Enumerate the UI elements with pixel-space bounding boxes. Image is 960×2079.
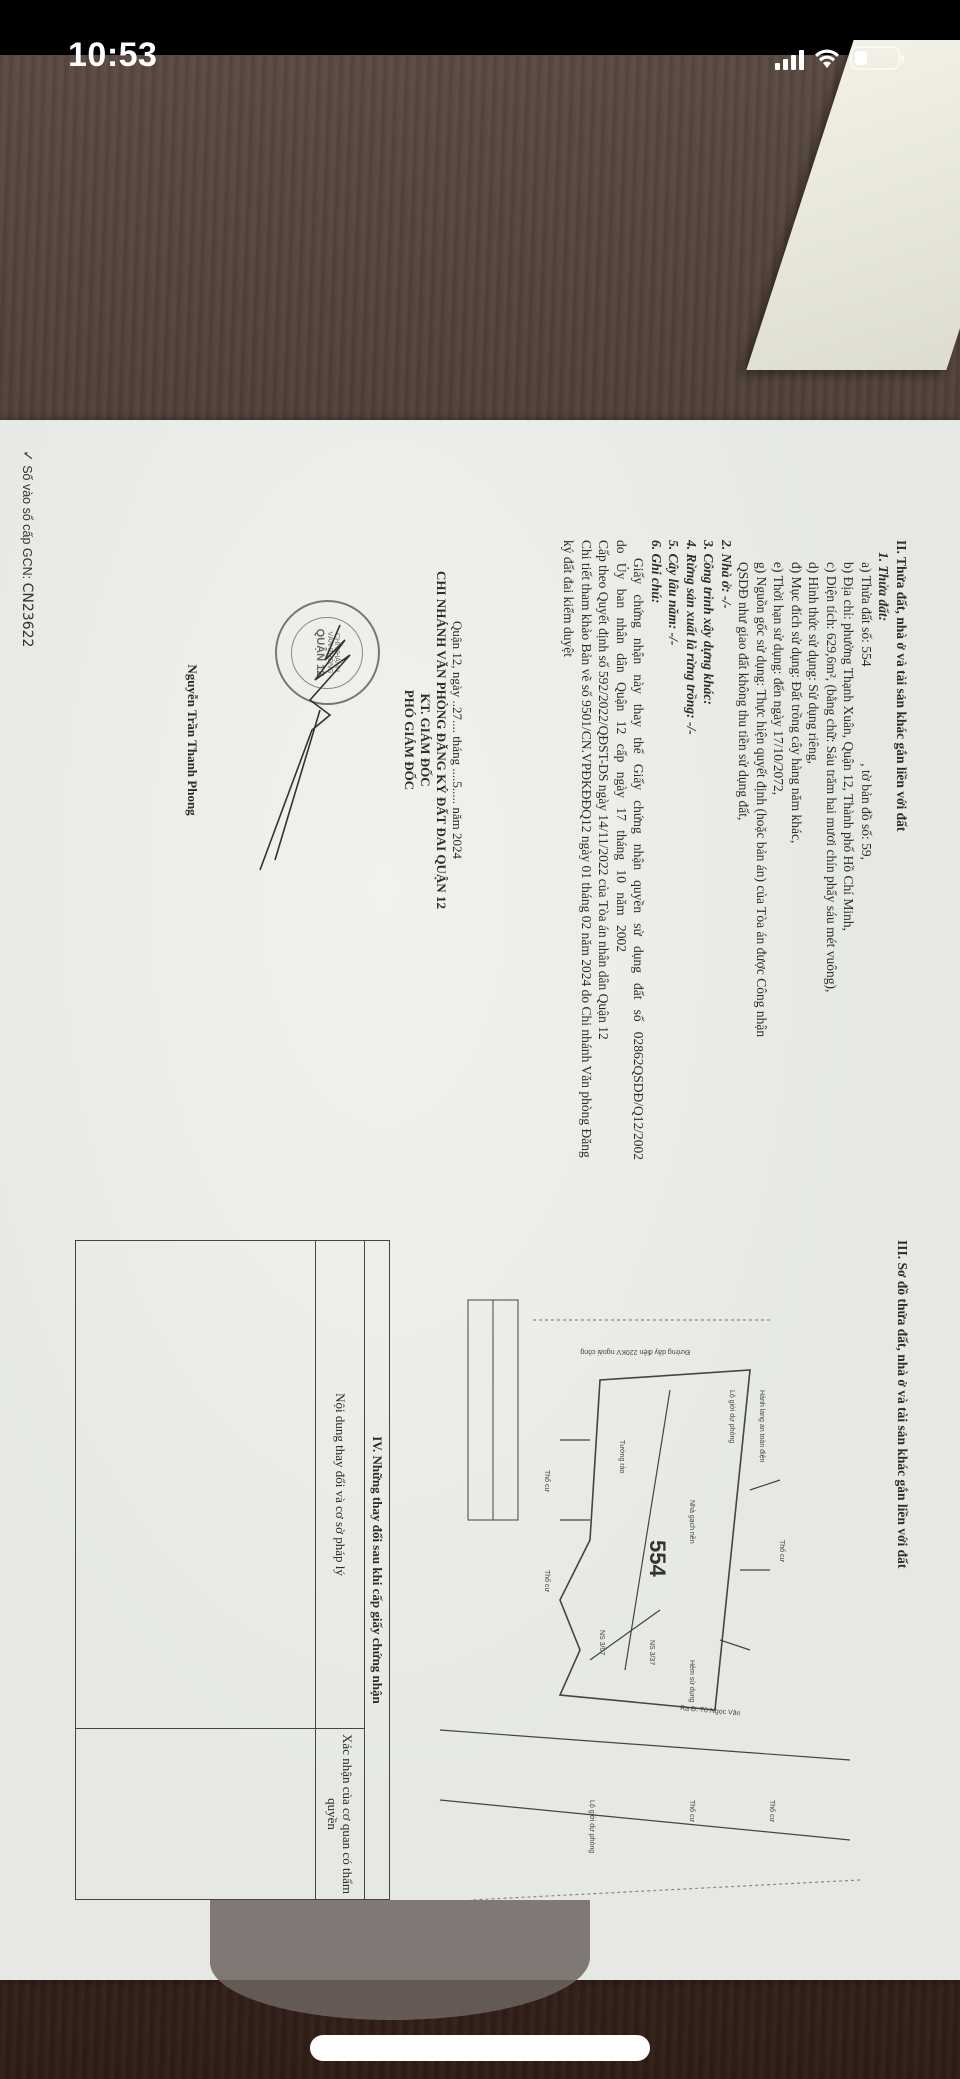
column-authority-confirmation: Xác nhận của cơ quan có thẩm quyền (316, 1729, 364, 1899)
section-4-title: IV. Những thay đổi sau khi cấp giấy chứn… (364, 1241, 389, 1899)
residential-label-2: Thổ cư (768, 1800, 776, 1823)
confirmation-cell (76, 1729, 315, 1899)
parcel-number-label: 554 (645, 1540, 670, 1577)
usage-origin-cont: QSDĐ như giao đất không thu tiền sử dụng… (735, 540, 753, 1160)
status-icons (775, 46, 900, 70)
usage-purpose: đ) Mục đích sử dụng: Đất trồng cây hàng … (788, 540, 806, 1160)
certificate-paper: II. Thửa đất, nhà ở và tài sản khác gắn … (0, 420, 960, 1980)
note-replacement: Giấy chứng nhận này thay thế Giấy chứng … (613, 540, 648, 1160)
address: b) Địa chỉ: phường Thạnh Xuân, Quận 12, … (840, 540, 858, 1160)
item-4-forest: 4. Rừng sản xuất là rừng trồng: -/- (683, 540, 701, 1160)
issue-date: Quận 12, ngày ..27.... tháng ....5..... … (449, 590, 465, 890)
signature-block: Quận 12, ngày ..27.... tháng ....5..... … (401, 590, 465, 890)
road-label: Ra Đ. Tô Ngọc Vân (680, 1705, 741, 1717)
residential-label-1: Thổ cư (778, 1540, 786, 1563)
change-content-cell (76, 1241, 315, 1729)
signer-name: Nguyễn Trần Thanh Phong (184, 590, 200, 890)
usage-origin: g) Nguồn gốc sử dụng: Thực hiện quyết đị… (753, 540, 771, 1160)
handwritten-signature (250, 620, 370, 880)
section-4-body (76, 1241, 315, 1899)
book-entry: ✓ Số vào sổ cấp GCN: CN23622 (19, 450, 35, 647)
parcel-number: a) Thửa đất số: 554 (859, 562, 874, 667)
alley-label: Hẻm sử dụng (688, 1660, 696, 1703)
parcel-map-diagram: 554 Ra Đ. Tô Ngọc Vân Đường dây điện 220… (430, 1240, 890, 1940)
power-line-label: Đường dây điện 220KV ngoài công (580, 1348, 690, 1355)
battery-level (855, 51, 867, 65)
house-number-1: NS 3/37 (648, 1640, 655, 1665)
house-number-2: NS 3/07 (598, 1630, 605, 1655)
status-time: 10:53 (68, 36, 157, 75)
section-3-title: III. Sơ đồ thửa đất, nhà ở và tài sản kh… (894, 1240, 910, 1940)
boundary-label-2: Lộ giới dự phòng (588, 1800, 595, 1853)
item-1-title: 1. Thửa đất: (875, 540, 893, 1160)
item-3-construction: 3. Công trình xây dựng khác: (700, 540, 718, 1160)
item-6-notes-title: 6. Ghi chú: (648, 540, 666, 1160)
coordinate-table (468, 1300, 518, 1520)
boundary-label: Lộ giới dự phòng (728, 1390, 735, 1443)
issuing-office: CHI NHÁNH VĂN PHÒNG ĐĂNG KÝ ĐẤT ĐAI QUẬN… (433, 530, 449, 950)
section-2-title: II. Thửa đất, nhà ở và tài sản khác gắn … (893, 540, 911, 1160)
signer-role: PHÓ GIÁM ĐỐC (401, 590, 417, 890)
note-drawing: Chi tiết tham khảo Bản vẽ số 9501/CN.VPĐ… (560, 540, 595, 1160)
section-4-changes-table: IV. Những thay đổi sau khi cấp giấy chứn… (75, 1240, 390, 1900)
book-entry-number: CN23622 (19, 583, 35, 648)
brick-house-label: Nhà gạch nền (688, 1500, 697, 1544)
wifi-icon (814, 48, 840, 70)
section-4-header: Nội dung thay đổi và cơ sở pháp lý Xác n… (315, 1241, 364, 1899)
area: c) Diện tích: 629,6m², (bằng chữ: Sáu tr… (823, 540, 841, 1160)
cellular-signal-icon (775, 50, 804, 70)
usage-form: d) Hình thức sử dụng: Sử dụng riêng, (805, 540, 823, 1160)
check-mark-icon: ✓ (19, 450, 35, 462)
column-change-content: Nội dung thay đổi và cơ sở pháp lý (316, 1241, 364, 1729)
on-behalf-title: KT. GIÁM ĐỐC (417, 590, 433, 890)
residential-label-5: Thổ cư (543, 1570, 551, 1593)
brick-wall-label: Tường rào (618, 1440, 625, 1474)
home-indicator[interactable] (310, 2035, 650, 2061)
section-2: II. Thửa đất, nhà ở và tài sản khác gắn … (560, 540, 910, 1160)
battery-icon (850, 46, 900, 70)
usage-term: e) Thời hạn sử dụng: đến ngày 17/10/2072… (770, 540, 788, 1160)
residential-label-4: Thổ cư (543, 1470, 551, 1493)
item-2-house: 2. Nhà ở: -/- (718, 540, 736, 1160)
status-bar: 10:53 (0, 0, 960, 100)
parcel-number-line: a) Thửa đất số: 554 , tờ bản đồ số: 59, (858, 540, 876, 1160)
residential-label-3: Thổ cư (688, 1800, 696, 1823)
map-sheet-number: , tờ bản đồ số: 59, (859, 763, 874, 860)
note-court-decision: Cấp theo Quyết định số 592/2022/QĐST-DS … (595, 540, 613, 1160)
safety-corridor-label: Hành lang an toàn điện (758, 1390, 765, 1462)
book-entry-label: Số vào sổ cấp GCN: (20, 465, 34, 579)
item-5-perennial: 5. Cây lâu năm: -/- (665, 540, 683, 1160)
right-page: III. Sơ đồ thửa đất, nhà ở và tài sản kh… (894, 1240, 910, 1940)
